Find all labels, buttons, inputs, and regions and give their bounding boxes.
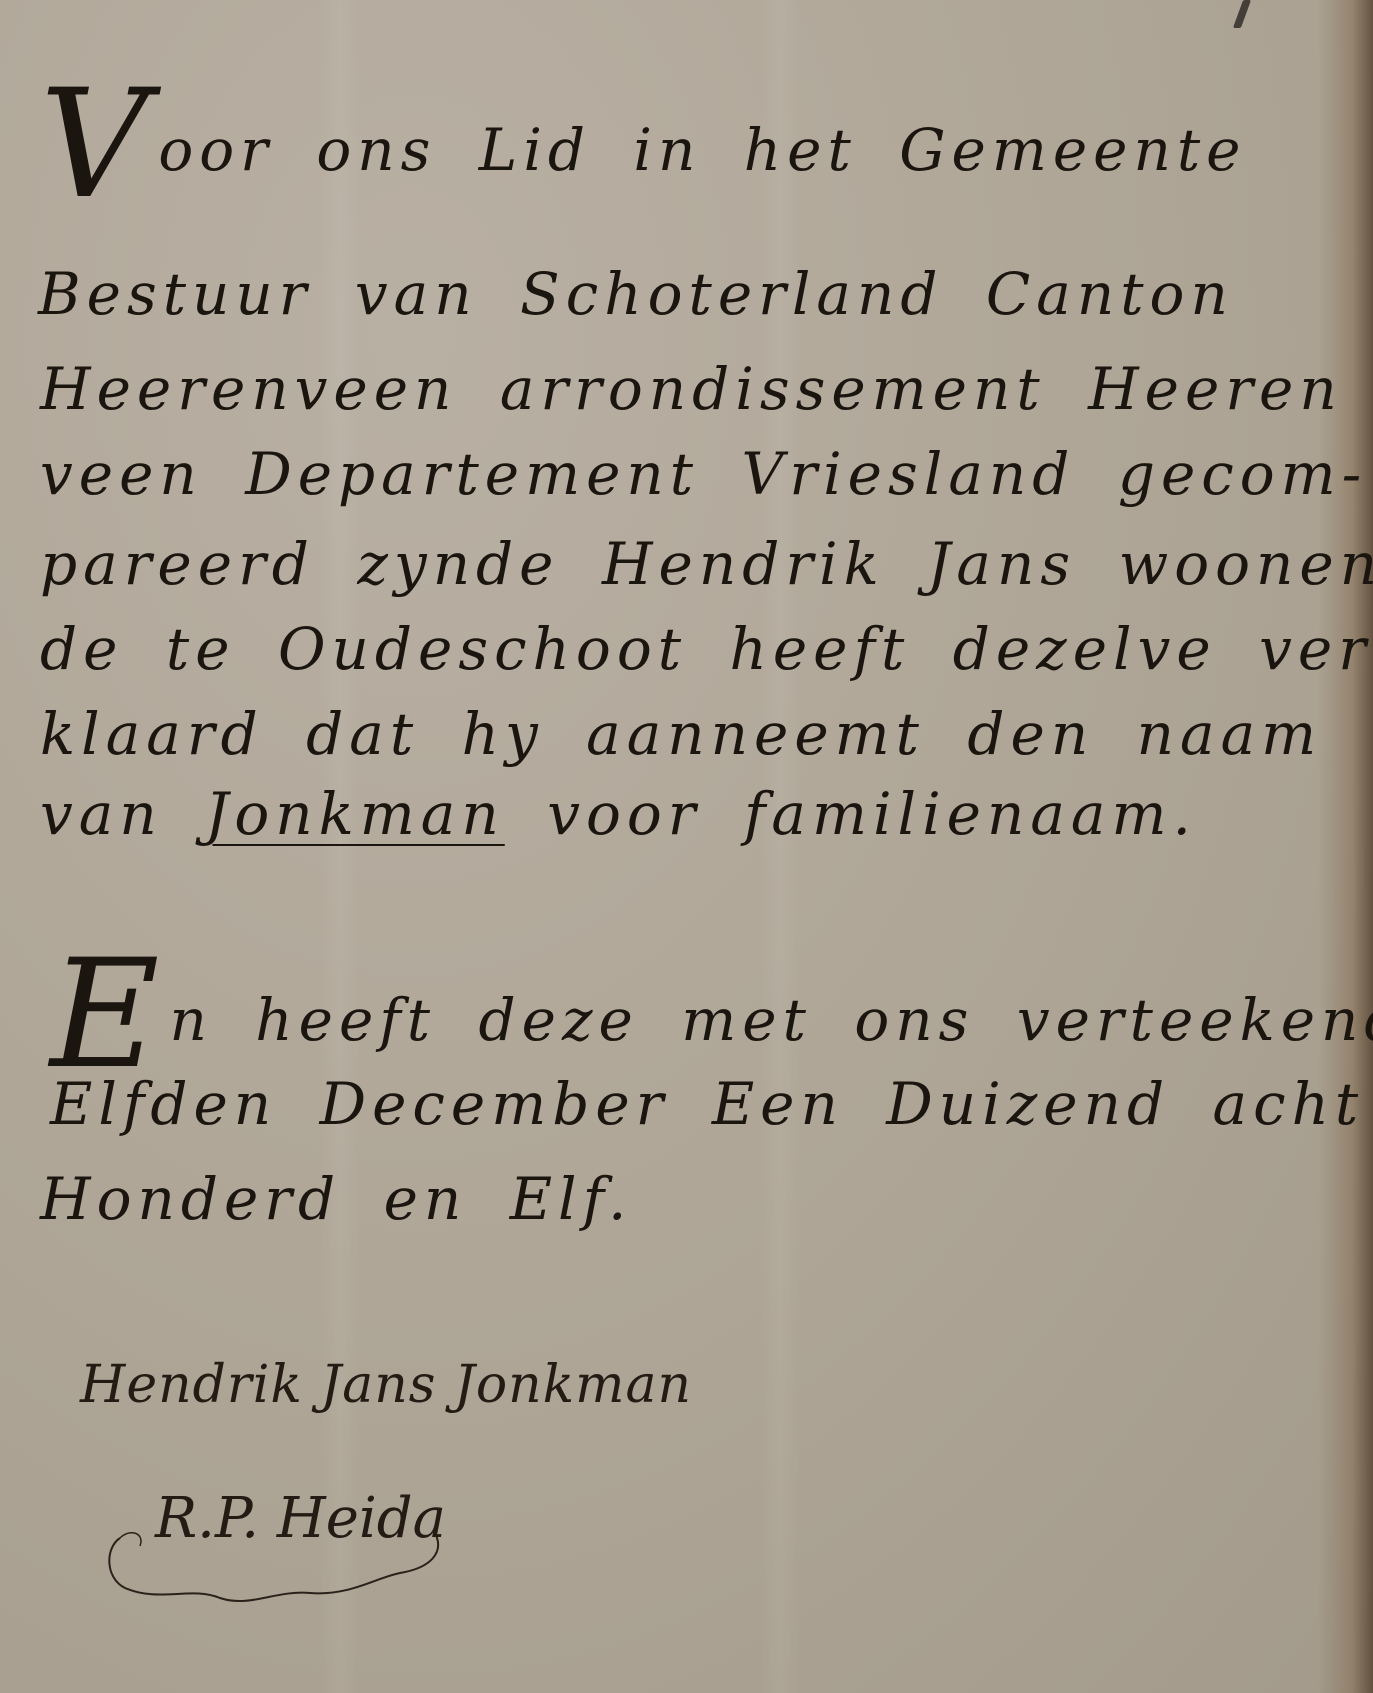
paragraph2-line1: En heeft deze met ons verteekend den [50, 940, 1373, 1090]
manuscript-page: Voor ons Lid in het Gemeente Bestuur van… [0, 0, 1373, 1693]
paragraph1-line6: de te Oudeschoot heeft dezelve ver- [40, 615, 1373, 683]
corner-pen-mark [1233, 0, 1251, 28]
underlined-surname: Jonkman [205, 780, 505, 848]
paragraph1-line5: pareerd zynde Hendrik Jans woonen [40, 530, 1373, 598]
paragraph1-line1: Voor ons Lid in het Gemeente [40, 70, 1247, 220]
paragraph1-line8: van Jonkman voor familienaam. [40, 780, 1197, 848]
paragraph1-line7: klaard dat hy aanneemt den naam [40, 700, 1322, 768]
signature-declarant: Hendrik Jans Jonkman [80, 1355, 692, 1415]
paragraph1-line3: Heerenveen arrondissement Heeren [40, 355, 1343, 423]
paragraph1-line4: veen Departement Vriesland gecom- [40, 440, 1367, 508]
paragraph2-line2: Elfden December Een Duizend acht [50, 1070, 1364, 1138]
paragraph2-line3: Honderd en Elf. [40, 1165, 632, 1233]
signature-official-block: R.P. Heida [100, 1478, 460, 1608]
paragraph1-line2: Bestuur van Schoterland Canton [38, 260, 1234, 328]
decorative-initial-v: V [40, 58, 154, 232]
signature-official: R.P. Heida [155, 1486, 446, 1551]
